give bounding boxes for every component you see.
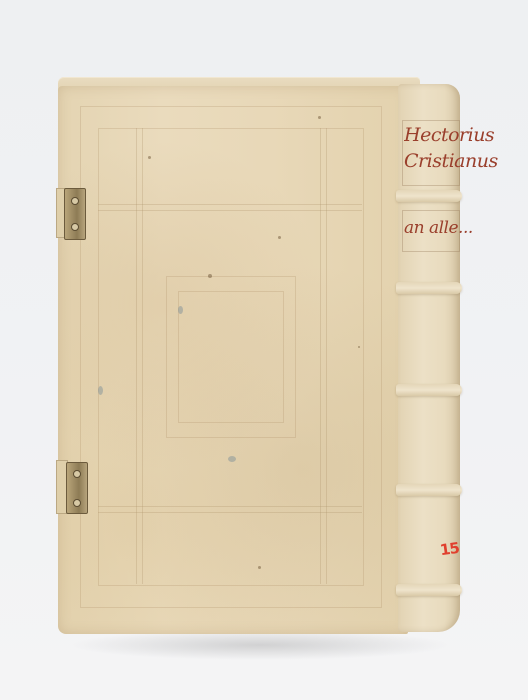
raised-band [396, 584, 462, 596]
vertical-fillet [326, 128, 327, 584]
rivet-icon [73, 470, 81, 478]
horizontal-fillet [98, 506, 362, 507]
vertical-fillet [320, 128, 321, 584]
blue-stain [178, 306, 183, 314]
rivet-icon [71, 197, 79, 205]
spine-title-line-1: Hectorius [404, 124, 494, 146]
stain-speck [278, 236, 281, 239]
vertical-fillet [136, 128, 137, 584]
raised-band [396, 282, 462, 294]
stain-speck [258, 566, 261, 569]
spine-title-line-2: Cristianus [404, 150, 498, 172]
center-inner-frame [178, 291, 284, 423]
red-shelfmark: 15 [439, 539, 460, 559]
stain-speck [318, 116, 321, 119]
book: Hectorius Cristianus an alle... 15 [0, 0, 528, 700]
stain-speck [148, 156, 151, 159]
horizontal-fillet [98, 210, 362, 211]
stain-speck [208, 274, 212, 278]
stain-speck [358, 346, 360, 348]
raised-band [396, 484, 462, 496]
horizontal-fillet [98, 204, 362, 205]
lower-clasp-catch [66, 462, 88, 514]
front-cover [58, 86, 408, 634]
rivet-icon [73, 499, 81, 507]
vertical-fillet [142, 128, 143, 584]
raised-band [396, 384, 462, 396]
horizontal-fillet [98, 512, 362, 513]
photo-scene: Hectorius Cristianus an alle... 15 [0, 0, 528, 700]
rivet-icon [71, 223, 79, 231]
blue-stain [98, 386, 103, 395]
spine-second-label: an alle... [404, 218, 473, 238]
raised-band [396, 190, 462, 202]
blue-stain [228, 456, 236, 462]
upper-clasp-catch [64, 188, 86, 240]
